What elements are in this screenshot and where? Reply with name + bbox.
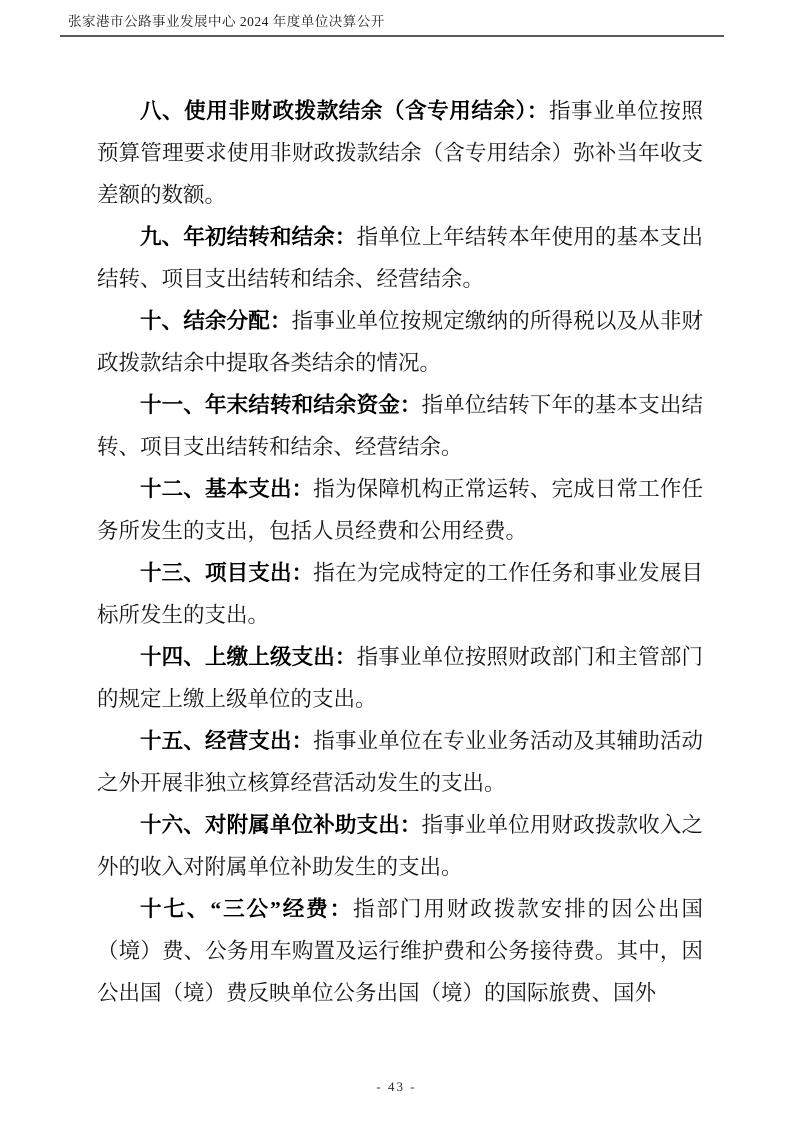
definition-paragraph: 十三、项目支出：指在为完成特定的工作任务和事业发展目标所发生的支出。 (97, 552, 703, 636)
definition-term: 十三、项目支出： (140, 561, 313, 585)
definition-term: 十六、对附属单位补助支出： (140, 813, 422, 837)
definition-paragraph: 十七、“三公”经费：指部门用财政拨款安排的因公出国（境）费、公务用车购置及运行维… (97, 888, 703, 1014)
definition-paragraph: 九、年初结转和结余：指单位上年结转本年使用的基本支出结转、项目支出结转和结余、经… (97, 216, 703, 300)
definition-paragraph: 八、使用非财政拨款结余（含专用结余）：指事业单位按照预算管理要求使用非财政拨款结… (97, 90, 703, 216)
definition-paragraph: 十二、基本支出：指为保障机构正常运转、完成日常工作任务所发生的支出，包括人员经费… (97, 468, 703, 552)
page-footer: - 43 - (0, 1078, 793, 1096)
document-header-title: 张家港市公路事业发展中心 2024 年度单位决算公开 (68, 14, 724, 30)
page-header: 张家港市公路事业发展中心 2024 年度单位决算公开 (60, 12, 724, 37)
definition-term: 十、结余分配： (140, 309, 292, 333)
definition-paragraph: 十五、经营支出：指事业单位在专业业务活动及其辅助活动之外开展非独立核算经营活动发… (97, 720, 703, 804)
definition-term: 十一、年末结转和结余资金： (140, 393, 422, 417)
definition-term: 十五、经营支出： (140, 729, 313, 753)
definition-term: 十七、“三公”经费： (140, 897, 353, 921)
definition-paragraph: 十六、对附属单位补助支出：指事业单位用财政拨款收入之外的收入对附属单位补助发生的… (97, 804, 703, 888)
document-page: 张家港市公路事业发展中心 2024 年度单位决算公开 八、使用非财政拨款结余（含… (0, 0, 793, 1122)
definition-term: 八、使用非财政拨款结余（含专用结余）： (140, 99, 549, 123)
definition-term: 十四、上缴上级支出： (140, 645, 357, 669)
definition-term: 九、年初结转和结余： (140, 225, 357, 249)
definition-paragraph: 十四、上缴上级支出：指事业单位按照财政部门和主管部门的规定上缴上级单位的支出。 (97, 636, 703, 720)
definition-paragraph: 十、结余分配：指事业单位按规定缴纳的所得税以及从非财政拨款结余中提取各类结余的情… (97, 300, 703, 384)
page-number: - 43 - (376, 1079, 416, 1094)
definition-term: 十二、基本支出： (140, 477, 313, 501)
definition-paragraph: 十一、年末结转和结余资金：指单位结转下年的基本支出结转、项目支出结转和结余、经营… (97, 384, 703, 468)
definitions-section: 八、使用非财政拨款结余（含专用结余）：指事业单位按照预算管理要求使用非财政拨款结… (97, 90, 703, 1014)
